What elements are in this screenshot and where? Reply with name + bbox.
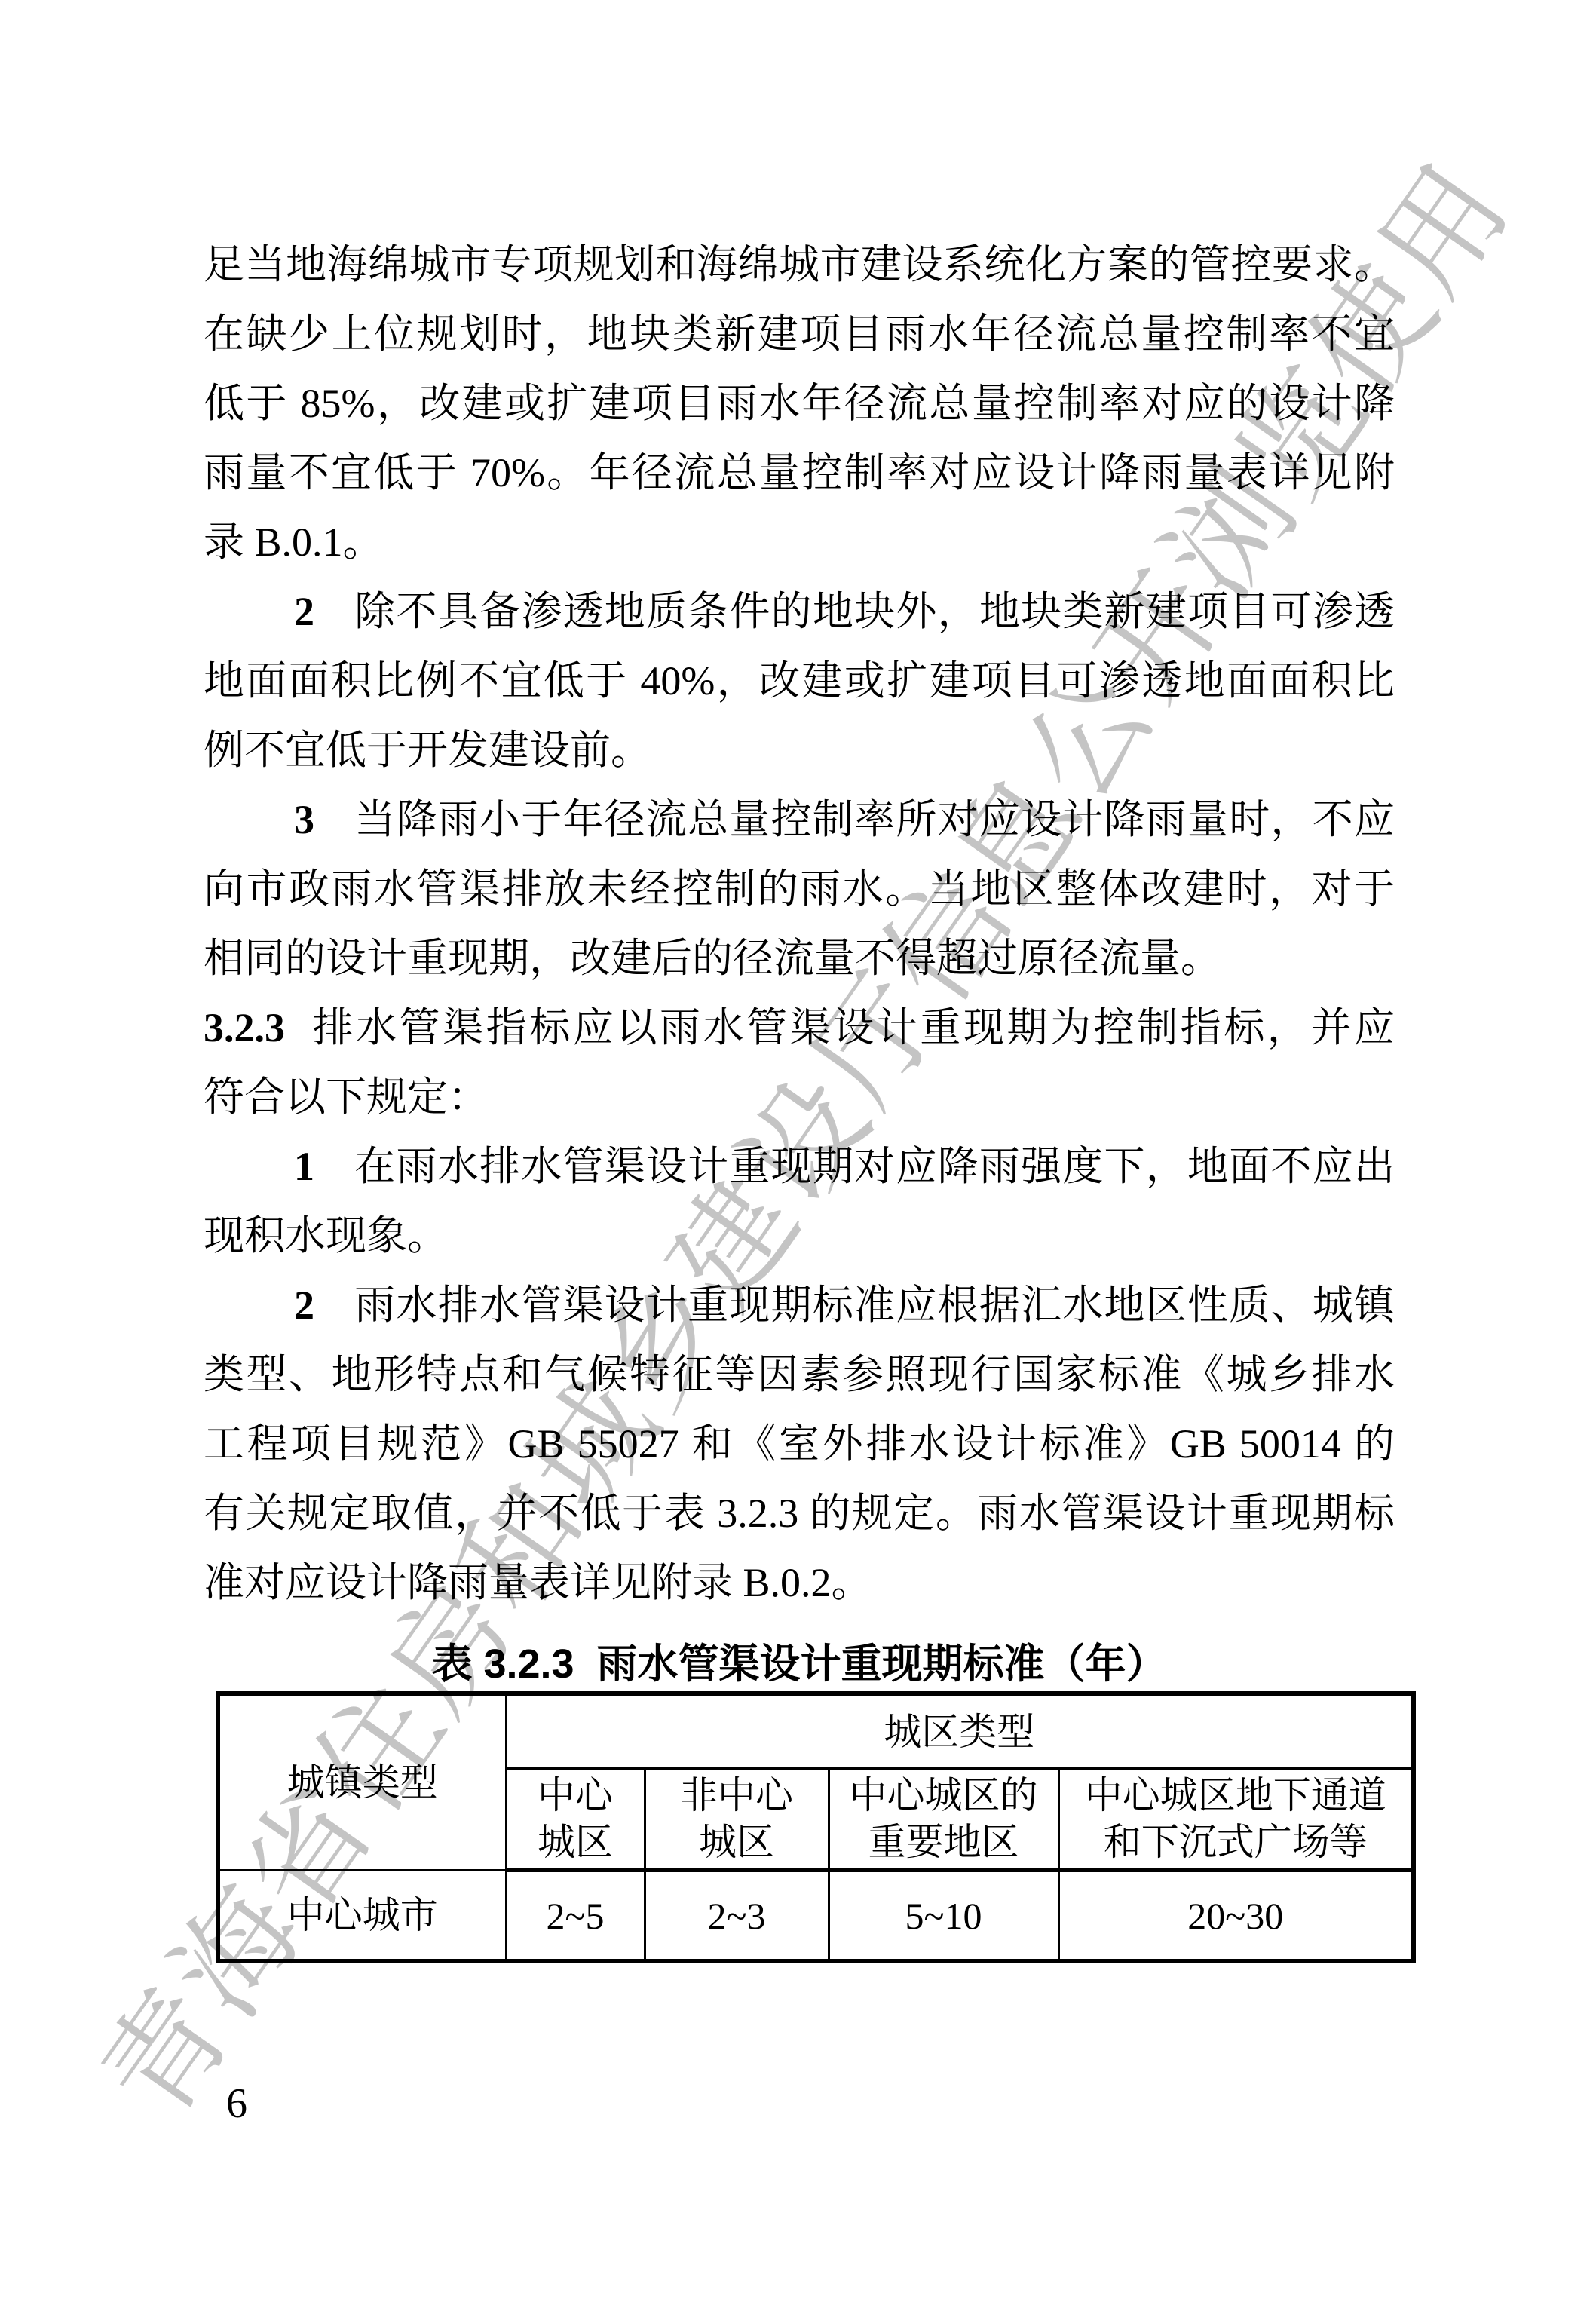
text-line: 3.2.3排水管渠指标应以雨水管渠设计重现期为控制指标，并应	[204, 993, 1395, 1062]
text-line: 录 B.0.1。	[204, 507, 1395, 577]
text-line: 1在雨水排水管渠设计重现期对应降雨强度下，地面不应出	[204, 1132, 1395, 1201]
text-line: 准对应设计降雨量表详见附录 B.0.2。	[204, 1548, 1395, 1617]
text-line-body: 除不具备渗透地质条件的地块外，地块类新建项目可渗透	[354, 589, 1395, 634]
text-line: 2雨水排水管渠设计重现期标准应根据汇水地区性质、城镇	[204, 1270, 1395, 1340]
table-row: 中心城市 2~5 2~3 5~10 20~30	[218, 1870, 1414, 1961]
text-line: 工程项目规范》GB 55027 和《室外排水设计标准》GB 50014 的	[204, 1409, 1395, 1479]
table-header-cell: 中心城区的 重要地区	[829, 1769, 1058, 1871]
rain-return-period-table: 城镇类型 城区类型 中心 城区 非中心 城区 中心城区的 重要地区 中心城区地下…	[216, 1691, 1416, 1963]
text-line: 雨量不宜低于 70%。年径流总量控制率对应设计降雨量表详见附	[204, 438, 1395, 507]
item-number: 2	[294, 1283, 314, 1328]
text-line: 3当降雨小于年径流总量控制率所对应设计降雨量时，不应	[204, 785, 1395, 854]
text-line: 向市政雨水管渠排放未经控制的雨水。当地区整体改建时，对于	[204, 854, 1395, 924]
clause-number: 3.2.3	[204, 1005, 285, 1050]
text-line-body: 雨水排水管渠设计重现期标准应根据汇水地区性质、城镇	[354, 1283, 1395, 1328]
page-number: 6	[226, 2083, 247, 2125]
table-cell: 5~10	[829, 1870, 1058, 1961]
text-line: 相同的设计重现期，改建后的径流量不得超过原径流量。	[204, 924, 1395, 993]
text-line: 符合以下规定：	[204, 1062, 1395, 1132]
text-line: 有关规定取值，并不低于表 3.2.3 的规定。雨水管渠设计重现期标	[204, 1479, 1395, 1548]
text-line-body: 在雨水排水管渠设计重现期对应降雨强度下，地面不应出	[354, 1144, 1395, 1189]
item-number: 1	[294, 1144, 314, 1189]
document-body: 足当地海绵城市专项规划和海绵城市建设系统化方案的管控要求。 在缺少上位规划时，地…	[204, 230, 1395, 1963]
text-line: 低于 85%，改建或扩建项目雨水年径流总量控制率对应的设计降	[204, 369, 1395, 438]
text-line: 现积水现象。	[204, 1201, 1395, 1270]
table-caption: 表 3.2.3雨水管渠设计重现期标准（年）	[204, 1637, 1395, 1691]
text-line: 2除不具备渗透地质条件的地块外，地块类新建项目可渗透	[204, 577, 1395, 646]
table-header-cell: 非中心 城区	[645, 1769, 829, 1871]
text-line: 例不宜低于开发建设前。	[204, 716, 1395, 785]
table-header-cell: 城镇类型	[218, 1693, 506, 1870]
table-header-cell: 中心 城区	[506, 1769, 645, 1871]
item-number: 2	[294, 589, 314, 634]
table-caption-title: 雨水管渠设计重现期标准（年）	[597, 1641, 1167, 1687]
text-line: 足当地海绵城市专项规划和海绵城市建设系统化方案的管控要求。	[204, 230, 1395, 299]
table-header-cell: 中心城区地下通道 和下沉式广场等	[1058, 1769, 1414, 1871]
text-line: 地面面积比例不宜低于 40%，改建或扩建项目可渗透地面面积比	[204, 646, 1395, 716]
table-cell: 2~5	[506, 1870, 645, 1961]
table-cell: 中心城市	[218, 1870, 506, 1961]
text-line-body: 当降雨小于年径流总量控制率所对应设计降雨量时，不应	[354, 797, 1395, 842]
text-line: 类型、地形特点和气候特征等因素参照现行国家标准《城乡排水	[204, 1340, 1395, 1409]
table-cell: 2~3	[645, 1870, 829, 1961]
table-cell: 20~30	[1058, 1870, 1414, 1961]
item-number: 3	[294, 797, 314, 842]
table-header-cell: 城区类型	[506, 1693, 1414, 1769]
document-page: 青海省住房和城乡建设厅信息公开浏览使用 足当地海绵城市专项规划和海绵城市建设系统…	[0, 0, 1596, 2314]
text-line-body: 排水管渠指标应以雨水管渠设计重现期为控制指标，并应	[310, 1005, 1395, 1050]
text-line: 在缺少上位规划时，地块类新建项目雨水年径流总量控制率不宜	[204, 299, 1395, 369]
table-caption-label: 表 3.2.3	[431, 1641, 574, 1687]
